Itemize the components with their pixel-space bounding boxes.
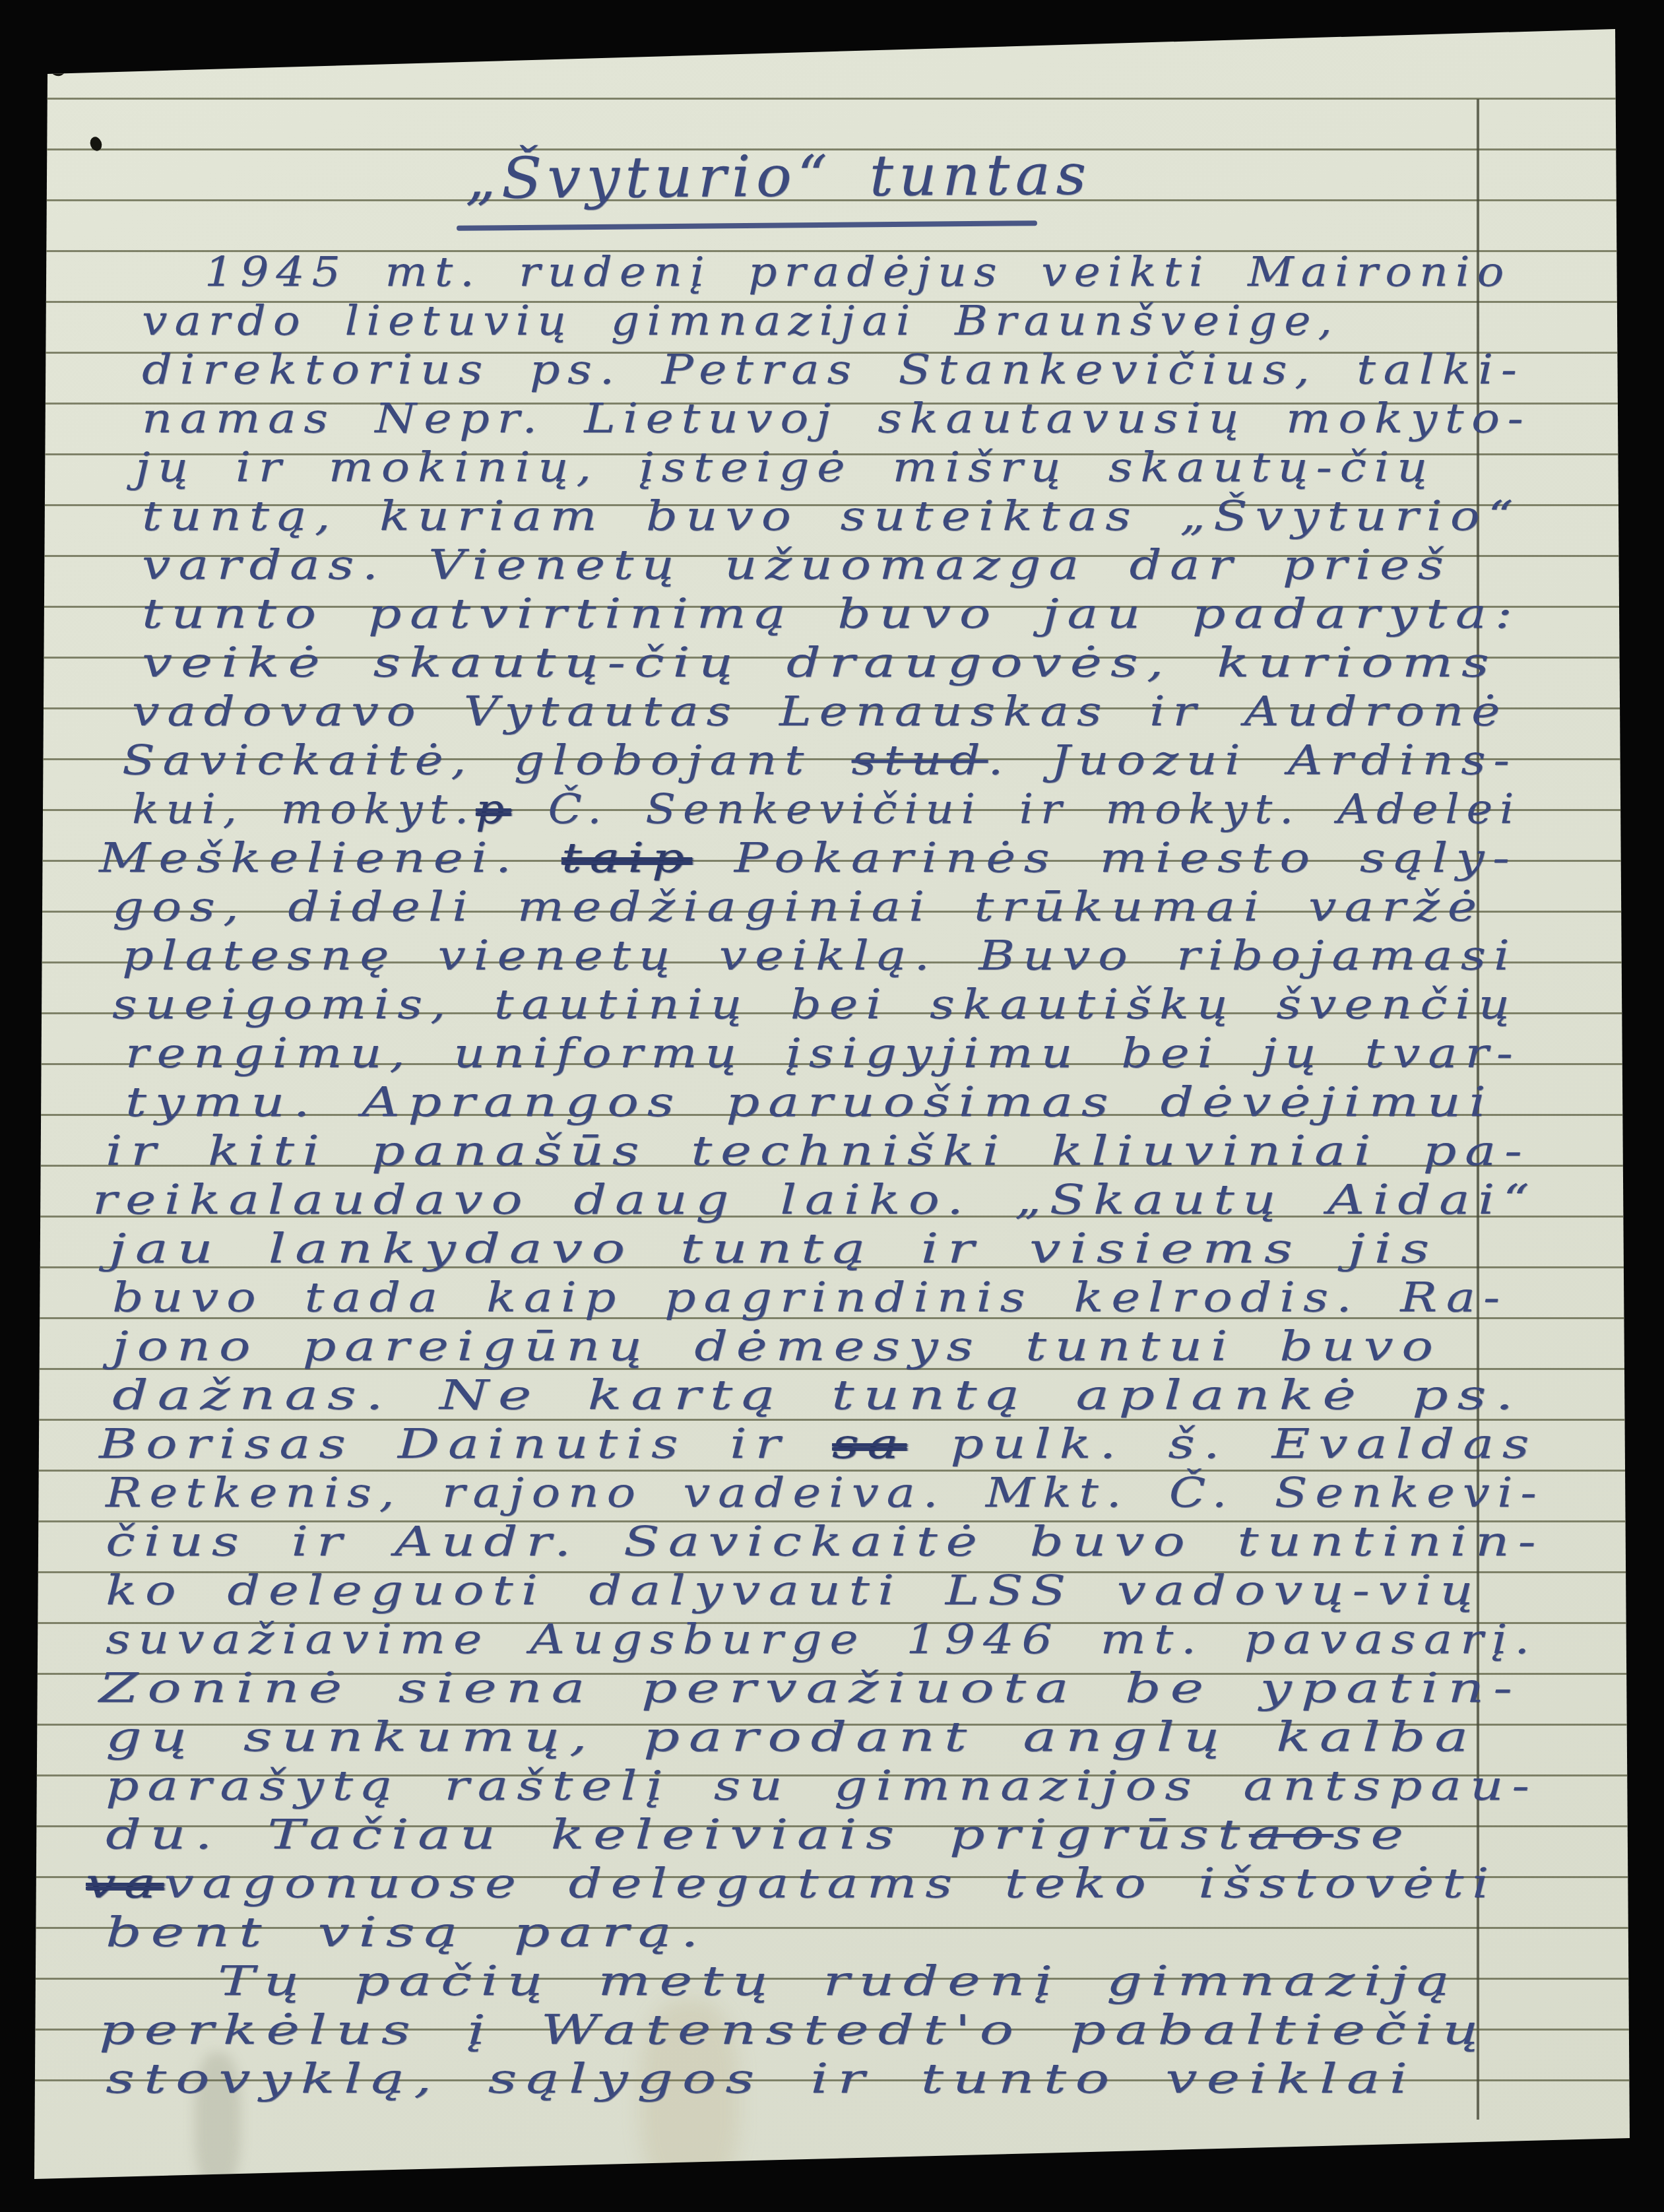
handwritten-line: stovyklą, sąlygos ir tunto veiklai	[106, 2058, 1417, 2099]
handwritten-text: Retkenis, rajono vadeiva. Mkt. Č. Senkev…	[106, 1468, 1545, 1516]
handwritten-line: tunto patvirtinimą buvo jau padaryta:	[142, 593, 1521, 634]
handwritten-line: buvo tada kaip pagrindinis kelrodis. Ra-	[112, 1277, 1508, 1318]
handwritten-line: čius ir Audr. Savickaitė buvo tuntinin-	[106, 1521, 1544, 1562]
handwritten-line: Retkenis, rajono vadeiva. Mkt. Č. Senkev…	[106, 1472, 1545, 1513]
handwritten-line: vadovavo Vytautas Lenauskas ir Audronė	[132, 691, 1508, 732]
handwritten-text: du. Tačiau keleiviais prigrūst	[106, 1810, 1249, 1858]
handwritten-line: Meškelienei. taip Pokarinės miesto sąly-	[99, 837, 1518, 878]
handwritten-text: tuntą, kuriam buvo suteiktas „Švyturio“	[142, 492, 1521, 540]
handwritten-text: ir kiti panašūs techniški kliuviniai pa-	[106, 1126, 1531, 1175]
ink-dot	[49, 61, 67, 77]
handwritten-text: namas Nepr. Lietuvoj skautavusių mokyto-	[142, 394, 1531, 442]
handwritten-text: platesnę vienetų veiklą. Buvo ribojamasi	[122, 931, 1518, 979]
handwritten-line: tuntą, kuriam buvo suteiktas „Švyturio“	[142, 496, 1521, 537]
handwritten-text: dažnas. Ne kartą tuntą aplankė ps.	[112, 1371, 1522, 1419]
handwritten-line: jų ir mokinių, įsteigė mišrų skautų-čių	[135, 447, 1435, 488]
handwritten-line: jono pareigūnų dėmesys tuntui buvo	[112, 1326, 1442, 1367]
handwritten-text: veikė skautų-čių draugovės, kurioms	[142, 638, 1498, 686]
handwritten-text: Savickaitė, globojant	[122, 736, 852, 784]
handwritten-line: vavagonuose delegatams teko išstovėti	[86, 1863, 1497, 1904]
handwritten-line: veikė skautų-čių draugovės, kurioms	[142, 642, 1498, 683]
handwritten-text: kui, mokyt.	[132, 785, 476, 833]
handwritten-line: tymu. Aprangos paruošimas dėvėjimui	[125, 1082, 1494, 1122]
handwritten-text: 1945 mt. rudenį pradėjus veikti Maironio	[205, 247, 1511, 296]
handwritten-text: vardo lietuvių gimnazijai Braunšveige,	[142, 296, 1339, 344]
handwritten-text: čius ir Audr. Savickaitė buvo tuntinin-	[106, 1517, 1544, 1565]
handwritten-line: gos, dideli medžiaginiai trūkumai varžė	[112, 886, 1485, 927]
ink-speck	[686, 2166, 693, 2176]
handwritten-text: Tų pačių metų rudenį gimnaziją	[218, 1957, 1458, 2005]
handwritten-text: direktorius ps. Petras Stankevičius, tal…	[142, 345, 1524, 393]
struck-text: sa	[832, 1419, 907, 1468]
handwritten-line: sueigomis, tautinių bei skautiškų švenči…	[112, 984, 1518, 1025]
handwritten-text: parašytą raštelį su gimnazijos antspau-	[106, 1761, 1538, 1809]
struck-text: stud	[852, 736, 988, 784]
handwritten-text: jau lankydavo tuntą ir visiems jis	[109, 1224, 1438, 1272]
handwritten-line: du. Tačiau keleiviais prigrūstaose	[106, 1814, 1413, 1855]
handwritten-text: ko deleguoti dalyvauti LSS vadovų-vių	[106, 1566, 1481, 1614]
handwritten-text: reikalaudavo daug laiko. „Skautų Aidai“	[92, 1175, 1537, 1223]
handwritten-line: gų sunkumų, parodant anglų kalba	[106, 1716, 1477, 1757]
handwritten-text: perkėlus į Watenstedt'o pabaltiečių	[99, 2005, 1488, 2054]
notebook-page: „Švyturio“ tuntas 1945 mt. rudenį pradėj…	[0, 0, 1664, 2212]
handwritten-text: Borisas Dainutis ir	[99, 1419, 832, 1468]
handwritten-line: kui, mokyt.p Č. Senkevičiui ir mokyt. Ad…	[132, 789, 1521, 829]
handwritten-text: Meškelienei.	[99, 833, 561, 882]
struck-text: ao	[1249, 1810, 1333, 1858]
handwritten-line: Zoninė siena pervažiuota be ypatin-	[99, 1668, 1521, 1708]
handwritten-line: reikalaudavo daug laiko. „Skautų Aidai“	[92, 1179, 1537, 1220]
handwritten-line: direktorius ps. Petras Stankevičius, tal…	[142, 349, 1524, 390]
handwritten-text: suvažiavime Augsburge 1946 mt. pavasarį.	[106, 1615, 1537, 1663]
handwritten-text: bent visą parą.	[106, 1908, 708, 1956]
handwritten-line: ir kiti panašūs techniški kliuviniai pa-	[106, 1130, 1531, 1171]
handwritten-line: suvažiavime Augsburge 1946 mt. pavasarį.	[106, 1619, 1537, 1660]
handwritten-line: dažnas. Ne kartą tuntą aplankė ps.	[112, 1375, 1522, 1415]
page-title: „Švyturio“ tuntas	[465, 146, 1092, 207]
handwritten-text: Zoninė siena pervažiuota be ypatin-	[99, 1664, 1521, 1712]
handwritten-text: . Juozui Ardins-	[988, 736, 1517, 784]
struck-text: p	[476, 785, 511, 833]
handwritten-line: vardas. Vienetų užuomazga dar prieš	[142, 544, 1452, 585]
handwritten-line: Savickaitė, globojant stud. Juozui Ardin…	[122, 740, 1518, 781]
handwritten-text: Pokarinės miesto sąly-	[692, 833, 1518, 882]
handwritten-text: Č. Senkevičiui ir mokyt. Adelei	[511, 785, 1521, 833]
handwritten-text: tunto patvirtinimą buvo jau padaryta:	[142, 589, 1521, 637]
handwritten-text: gų sunkumų, parodant anglų kalba	[106, 1712, 1477, 1761]
handwritten-line: ko deleguoti dalyvauti LSS vadovų-vių	[106, 1570, 1481, 1611]
handwritten-line: Borisas Dainutis ir sa pulk. š. Evaldas	[99, 1423, 1537, 1464]
handwritten-text: gos, dideli medžiaginiai trūkumai varžė	[112, 882, 1485, 930]
handwritten-line: vardo lietuvių gimnazijai Braunšveige,	[142, 300, 1339, 341]
handwritten-text: stovyklą, sąlygos ir tunto veiklai	[106, 2054, 1417, 2102]
handwritten-text: tymu. Aprangos paruošimas dėvėjimui	[125, 1078, 1494, 1126]
handwritten-line: parašytą raštelį su gimnazijos antspau-	[106, 1765, 1538, 1806]
handwritten-text: rengimu, uniformų įsigyjimu bei jų tvar-	[125, 1029, 1521, 1077]
handwritten-text: vagonuose delegatams teko išstovėti	[164, 1859, 1497, 1907]
handwritten-line: rengimu, uniformų įsigyjimu bei jų tvar-	[125, 1033, 1521, 1074]
handwritten-line: jau lankydavo tuntą ir visiems jis	[109, 1228, 1438, 1269]
handwritten-line: bent visą parą.	[106, 1912, 708, 1953]
handwritten-text: vardas. Vienetų užuomazga dar prieš	[142, 540, 1452, 589]
handwritten-text: jono pareigūnų dėmesys tuntui buvo	[112, 1322, 1442, 1370]
handwritten-text: vadovavo Vytautas Lenauskas ir Audronė	[132, 687, 1508, 735]
handwritten-line: Tų pačių metų rudenį gimnaziją	[218, 1961, 1458, 2001]
handwritten-line: perkėlus į Watenstedt'o pabaltiečių	[99, 2009, 1488, 2050]
handwritten-line: platesnę vienetų veiklą. Buvo ribojamasi	[122, 935, 1518, 976]
handwritten-text: jų ir mokinių, įsteigė mišrų skautų-čių	[135, 443, 1435, 491]
struck-text: taip	[561, 833, 692, 882]
handwritten-line: namas Nepr. Lietuvoj skautavusių mokyto-	[142, 398, 1531, 439]
struck-text: va	[86, 1859, 164, 1907]
handwritten-text: buvo tada kaip pagrindinis kelrodis. Ra-	[112, 1273, 1508, 1321]
handwritten-text: pulk. š. Evaldas	[907, 1419, 1537, 1468]
handwritten-line: 1945 mt. rudenį pradėjus veikti Maironio	[205, 251, 1511, 292]
handwritten-text: sueigomis, tautinių bei skautiškų švenči…	[112, 980, 1518, 1028]
handwritten-text: se	[1333, 1810, 1413, 1858]
